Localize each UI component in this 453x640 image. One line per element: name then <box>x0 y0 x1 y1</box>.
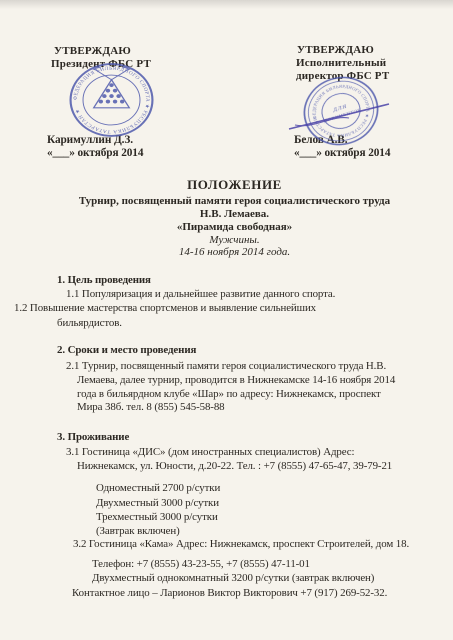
approval-right-role-line1: Исполнительный <box>296 57 386 69</box>
hotel-price-triple: Трехместный 3000 р/сутки <box>96 511 218 523</box>
clause-2-1-line4: Мира 38б. тел. 8 (855) 545-58-88 <box>77 401 225 413</box>
left-stamp-ring-text: ФЕДЕРАЦИЯ БИЛЬЯРДНОГО СПОРТА ★ РЕСПУБЛИК… <box>72 66 150 134</box>
approval-right-name: Белов А.В. <box>294 134 347 146</box>
approval-right-role-line2: директор ФБС РТ <box>296 70 389 82</box>
clause-1-1: 1.1 Популяризация и дальнейшее развитие … <box>66 288 335 300</box>
clause-2-1-line1: 2.1 Турнир, посвященный памяти героя соц… <box>66 360 386 372</box>
clause-3-2: 3.2 Гостиница «Кама» Адрес: Нижнекамск, … <box>73 538 409 550</box>
breakfast-note: (Завтрак включен) <box>96 525 180 537</box>
signature-stroke-icon <box>287 95 393 137</box>
right-stamp-center-line2: ДОКУМЕНТОВ <box>322 108 361 124</box>
federation-round-stamp-icon: ФЕДЕРАЦИЯ БИЛЬЯРДНОГО СПОРТА ★ РЕСПУБЛИК… <box>67 61 156 139</box>
section-3-heading: 3. Проживание <box>57 431 129 443</box>
clause-2-1-line2: Лемаева, далее турнир, проводится в Нижн… <box>77 374 395 386</box>
hotel-kama-phone: Телефон: +7 (8555) 43-23-55, +7 (8555) 4… <box>92 558 310 570</box>
clause-1-2-line1: 1.2 Повышение мастерства спортсменов и в… <box>14 302 316 314</box>
section-1-heading: 1. Цель проведения <box>57 274 151 286</box>
approval-left-name: Каримуллин Д.З. <box>47 134 133 146</box>
right-stamp-center-line1: ДЛЯ <box>332 104 348 114</box>
document-title: ПОЛОЖЕНИЕ <box>187 177 282 192</box>
hotel-price-double: Двухместный 3000 р/сутки <box>96 497 219 509</box>
hotel-price-single: Одноместный 2700 р/сутки <box>96 482 220 494</box>
clause-3-1-line1: 3.1 Гостиница «ДИС» (дом иностранных спе… <box>66 446 354 458</box>
svg-text:ФЕДЕРАЦИЯ БИЛЬЯРДНОГО СПОРТА ★: ФЕДЕРАЦИЯ БИЛЬЯРДНОГО СПОРТА ★ РЕСПУБЛИК… <box>72 66 150 134</box>
approval-left-approve: УТВЕРЖДАЮ <box>54 45 131 57</box>
approval-right-date: «___» октября 2014 <box>294 147 390 159</box>
hotel-kama-room-price: Двухместный однокомнатный 3200 р/сутки (… <box>92 572 374 584</box>
clause-1-2-line2: бильярдистов. <box>57 317 122 329</box>
approval-left-role: Президент ФБС РТ <box>51 58 151 70</box>
section-2-heading: 2. Сроки и место проведения <box>57 344 196 356</box>
approval-right-approve: УТВЕРЖДАЮ <box>297 44 374 56</box>
approval-left-date: «___» октября 2014 <box>47 147 143 159</box>
title-dates-line: 14-16 ноября 2014 года. <box>179 246 290 258</box>
clause-3-1-line2: Нижнекамск, ул. Юности, д.20-22. Тел. : … <box>77 460 392 472</box>
clause-2-1-line3: года в бильярдном клубе «Шар» по адресу:… <box>77 388 381 400</box>
contact-person-line: Контактное лицо – Ларионов Виктор Виктор… <box>72 587 387 599</box>
document-page: УТВЕРЖДАЮ Президент ФБС РТ Каримуллин Д.… <box>0 0 453 640</box>
